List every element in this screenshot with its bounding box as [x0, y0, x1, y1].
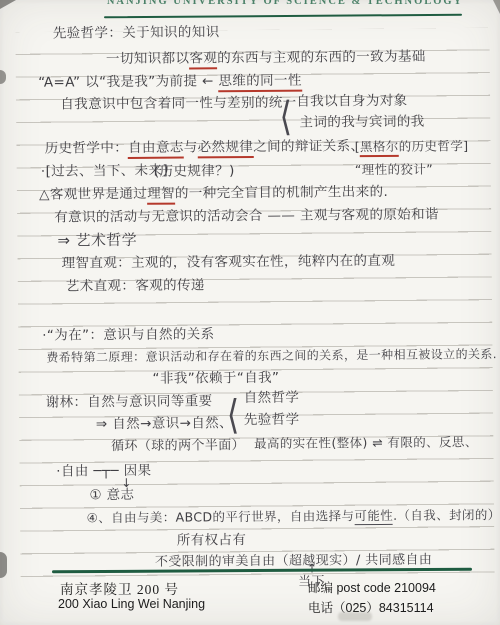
- note-segment: ① 意志: [89, 487, 134, 503]
- note-segment: 谢林：自然与意识同等重要: [46, 393, 213, 410]
- note-segment: “A=A” 以“我是我”为前提 ←: [38, 73, 218, 90]
- note-line: “A=A” 以“我是我”为前提 ← 思维的同一性: [38, 74, 302, 92]
- address-english: 200 Xiao Ling Wei Nanjing: [58, 597, 205, 611]
- note-segment: ⟨: [279, 92, 292, 140]
- note-segment: 可能性: [354, 508, 393, 525]
- note-segment: ⇒ 自然→意识→自然、: [96, 415, 233, 432]
- note-line: 自我以自身为对象: [296, 94, 407, 110]
- note-line: 最高的实在性(整体) ⇌ 有限的、反思、: [254, 435, 478, 451]
- note-line: 先验哲学: [244, 413, 300, 429]
- note-segment: 客观: [189, 50, 217, 69]
- note-segment: ④、自由与美：ABCD的平行世界，自由选择与: [87, 508, 355, 525]
- note-segment: 费希特第二原理：意识活动和存在着的东西之间的关系，是一种相互被设立的关系.: [46, 347, 497, 365]
- note-line: ⟨: [279, 94, 292, 140]
- note-segment: 自由意志: [128, 140, 184, 159]
- note-line: 理智直观：主观的，没有客观实在性，纯粹内在的直观: [62, 254, 396, 272]
- note-line: [黑格尔的历史哲学]: [355, 139, 469, 154]
- note-segment: 循环（球的两个半面）: [111, 438, 245, 454]
- note-line: 循环（球的两个半面）: [111, 439, 245, 455]
- note-line: 费希特第二原理：意识活动和存在着的东西之间的关系，是一种相互被设立的关系.: [46, 348, 497, 365]
- note-line: 主词的我与宾词的我: [299, 115, 424, 131]
- note-segment: 先验哲学：关于知识的知识: [53, 24, 220, 41]
- note-line: “非我”依赖于“自我”: [152, 371, 279, 388]
- note-line: 一切知识都以客观的东西与主观的东西的一致为基础: [106, 50, 426, 68]
- note-segment: 最高的实在性(整体) ⇌ 有限的、反思、: [254, 434, 478, 451]
- note-segment: 必然规律: [198, 139, 254, 158]
- note-segment: ⇒ 艺术哲学: [57, 231, 137, 250]
- note-line: △客观世界是通过理智的一种完全盲目的机制产生出来的.: [39, 185, 388, 203]
- note-line: (历史规律？): [154, 164, 235, 180]
- note-segment: △客观世界是通过: [39, 186, 147, 203]
- note-segment: “非我”依赖于“自我”: [152, 370, 279, 387]
- note-segment: 黑格尔: [360, 139, 399, 157]
- note-segment: 有意识的活动与无意识的活动会合 —— 主观与客观的原始和谐: [54, 207, 439, 226]
- bleed-through-mark: [338, 612, 372, 621]
- note-segment: ·[过去、当下、未来]: [41, 163, 168, 180]
- note-segment: 先验哲学: [244, 412, 300, 428]
- note-segment: 自我意识中包含着同一性与差别的统一: [60, 95, 296, 113]
- note-segment: 自我以自身为对象: [296, 93, 407, 110]
- note-line: 谢林：自然与意识同等重要: [46, 394, 213, 411]
- postcode: 邮编 post code 210094: [308, 578, 436, 596]
- note-line: ④、自由与美：ABCD的平行世界，自由选择与可能性.（自我、封闭的）: [87, 508, 500, 526]
- note-segment: 的历史哲学]: [399, 138, 469, 154]
- note-segment: 与: [184, 139, 198, 155]
- address-chinese: 南京孝陵卫 200 号: [60, 578, 179, 598]
- note-line: 自我意识中包含着同一性与差别的统一: [60, 96, 296, 113]
- handwritten-notes: 先验哲学：关于知识的知识一切知识都以客观的东西与主观的东西的一致为基础“A=A”…: [0, 0, 500, 625]
- note-line: 先验哲学：关于知识的知识: [53, 25, 220, 42]
- note-line: ·[过去、当下、未来]: [41, 164, 168, 181]
- note-segment: 的一种完全盲目的机制产生出来的.: [175, 184, 388, 202]
- note-segment: 的东西与主观的东西的一致为基础: [217, 49, 426, 67]
- note-line: 有意识的活动与无意识的活动会合 —— 主观与客观的原始和谐: [54, 208, 439, 227]
- note-line: ① 意志: [89, 488, 134, 504]
- note-line: ·自由 ─┬─ 因果: [56, 464, 151, 480]
- note-segment: 理智直观：主观的，没有客观实在性，纯粹内在的直观: [62, 253, 396, 272]
- edge-shadow-left-lower: [0, 552, 7, 578]
- note-segment: 主词的我与宾词的我: [299, 114, 424, 131]
- note-line: 艺术直观：客观的传递: [66, 278, 205, 295]
- note-line: ⇒ 艺术哲学: [57, 232, 137, 250]
- note-segment: 理智: [147, 186, 175, 205]
- note-segment: (历史规律？): [154, 163, 235, 180]
- note-segment: 一切知识都以: [106, 50, 190, 67]
- note-segment: ·“为在”：意识与自然的关系: [42, 326, 215, 343]
- note-segment: 历史哲学中：: [45, 140, 129, 157]
- note-segment: ·自由 ─┬─ 因果: [56, 463, 151, 480]
- note-segment: 艺术直观：客观的传递: [66, 277, 205, 294]
- note-line: 自然哲学: [244, 391, 300, 407]
- note-line: 所有权占有: [177, 533, 247, 549]
- note-segment: 之间的辩证关系、: [253, 138, 364, 155]
- notebook-page: NANJING UNIVERSITY OF SCIENCE & TECHNOLO…: [0, 0, 500, 625]
- note-segment: 思维的同一性: [218, 73, 302, 93]
- note-segment: “理性的狡计”: [355, 162, 433, 178]
- note-line: 历史哲学中：自由意志与必然规律之间的辩证关系、: [45, 139, 365, 157]
- note-segment: .（自我、封闭的）: [393, 507, 500, 523]
- note-line: “理性的狡计”: [355, 163, 433, 178]
- note-segment: 所有权占有: [177, 532, 247, 549]
- note-segment: 自然哲学: [244, 390, 300, 406]
- note-line: ⇒ 自然→意识→自然、: [96, 416, 233, 433]
- note-line: ·“为在”：意识与自然的关系: [42, 327, 215, 344]
